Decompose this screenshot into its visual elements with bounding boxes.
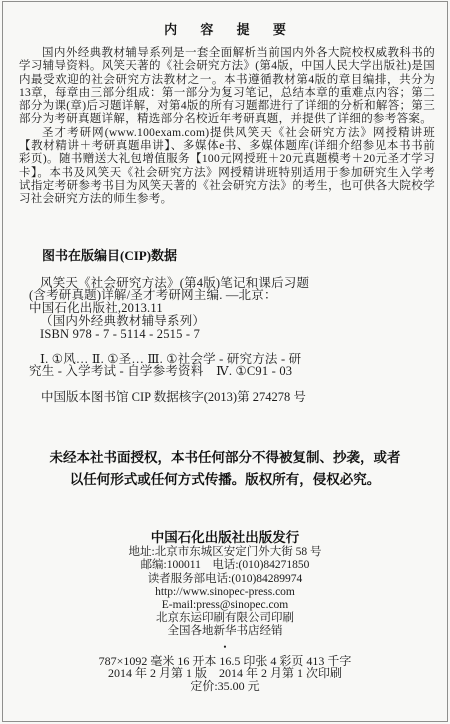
publisher-website: http://www.sinopec-press.com	[0, 586, 450, 599]
distributor-name: 全国各地新华书店经销	[0, 625, 450, 638]
price-line: 定价:35.00 元	[0, 680, 450, 693]
content-summary-section: 内 容 提 要 国内外经典教材辅导系列是一套全面解析当前国内外各大院校权威教科书…	[0, 0, 450, 207]
cip-title: 图书在版编目(CIP)数据	[42, 245, 450, 264]
colophon-section: 中国石化出版社出版发行 地址:北京市东城区安定门外大街 58 号 邮编:1000…	[0, 530, 450, 692]
copyright-notice: 未经本社书面授权，本书任何部分不得被复制、抄袭，或者 以任何形式或任何方式传播。…	[0, 447, 450, 490]
reader-service-phone: 读者服务部电话:(010)84289974	[0, 573, 450, 586]
cip-series-line: （国内外经典教材辅导系列）	[29, 315, 450, 328]
publisher-email: E-mail:press@sinopec.com	[0, 599, 450, 612]
publisher-postcode-phone: 邮编:100011 电话:(010)84271850	[0, 559, 450, 572]
book-copyright-page: 内 容 提 要 国内外经典教材辅导系列是一套全面解析当前国内外各大院校权威教科书…	[0, 0, 450, 724]
dot-separator: •	[0, 643, 450, 652]
cip-registration-number: 中国版本图书馆 CIP 数据核字(2013)第 274278 号	[41, 391, 450, 404]
cip-isbn-line: ISBN 978 - 7 - 5114 - 2515 - 7	[29, 328, 450, 341]
summary-paragraph-1: 国内外经典教材辅导系列是一套全面解析当前国内外各大院校权威教科书的学习辅导资料。…	[19, 47, 435, 127]
cip-class-line: 究生 - 入学考试 - 自学参考资料 Ⅳ. ①C91 - 03	[29, 365, 450, 378]
print-edition-info: 2014 年 2 月第 1 版 2014 年 2 月第 1 次印刷	[0, 667, 450, 680]
cip-classification: Ⅰ. ①风… Ⅱ. ①圣… Ⅲ. ①社会学 - 研究方法 - 研 究生 - 入学…	[29, 353, 450, 379]
publisher-address: 地址:北京市东城区安定门外大街 58 号	[0, 546, 450, 559]
cip-book-description: 风笑天《社会研究方法》(第4版)笔记和课后习题 (含考研真题)详解/圣才考研网主…	[29, 277, 450, 341]
cip-data-section: 图书在版编目(CIP)数据 风笑天《社会研究方法》(第4版)笔记和课后习题 (含…	[0, 245, 450, 405]
summary-title: 内 容 提 要	[0, 0, 450, 38]
copyright-line: 未经本社书面授权，本书任何部分不得被复制、抄袭，或者	[0, 447, 450, 469]
publisher-name: 中国石化出版社出版发行	[0, 530, 450, 545]
printer-name: 北京东运印刷有限公司印刷	[0, 612, 450, 625]
summary-paragraph-2: 圣才考研网(www.100exam.com)提供风笑天《社会研究方法》网授精讲班…	[19, 127, 435, 207]
copyright-line: 以任何形式或任何方式传播。版权所有，侵权必究。	[0, 469, 450, 491]
